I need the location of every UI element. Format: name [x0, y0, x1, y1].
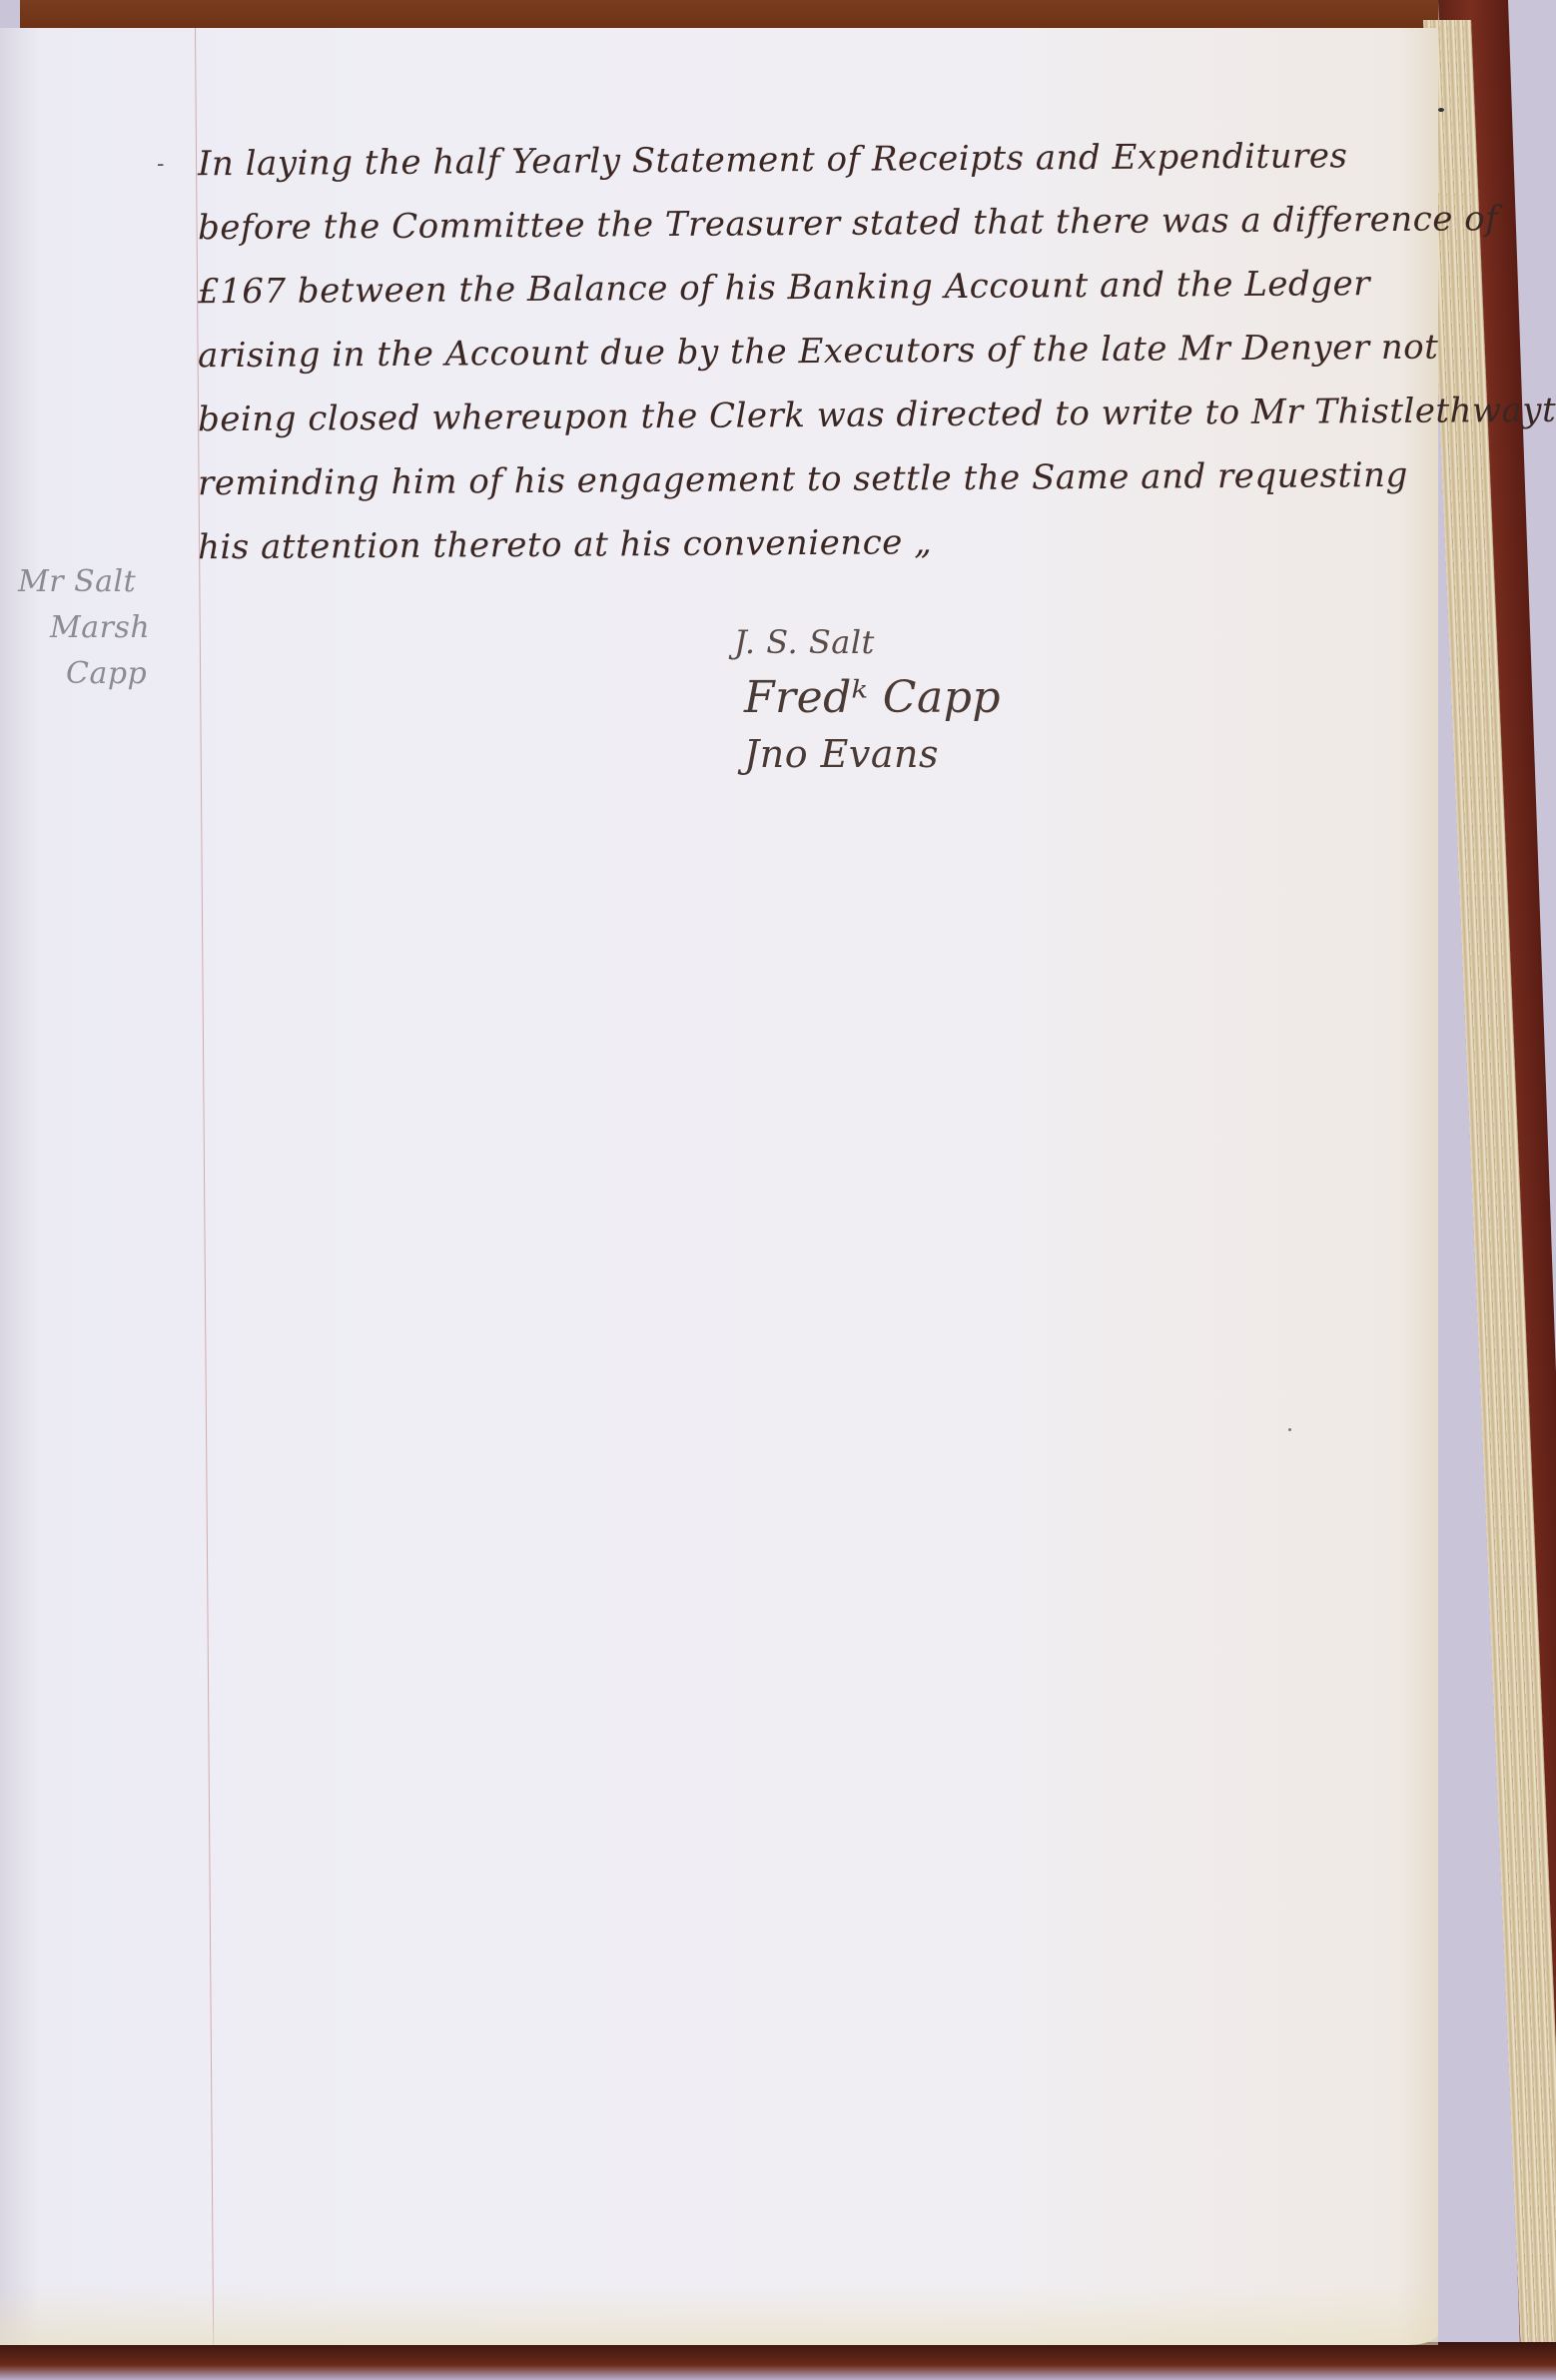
entry-line: arising in the Account due by the Execut…	[198, 316, 1426, 389]
signatures: J. S. Salt Fredᵏ Capp Jno Evans	[714, 614, 1114, 782]
book-cover-bottom	[0, 2342, 1556, 2380]
margin-note-attendance: Mr Salt Marsh Capp	[18, 559, 188, 697]
ink-mark	[1438, 108, 1444, 112]
paper-speck	[1288, 1428, 1291, 1431]
end-mark: „	[914, 522, 932, 562]
entry-line: £167 between the Balance of his Banking …	[198, 252, 1426, 325]
signature: Fredᵏ Capp	[714, 670, 1114, 726]
signature: J. S. Salt	[714, 614, 1114, 670]
entry-line: reminding him of his engagement to settl…	[198, 443, 1426, 516]
entry-line: before the Committee the Treasurer state…	[198, 188, 1426, 261]
entry-line: being closed whereupon the Clerk was dir…	[198, 380, 1426, 452]
signature: Jno Evans	[714, 726, 1114, 782]
leading-mark: -	[157, 152, 165, 177]
entry-line: his attention thereto at his convenience…	[198, 507, 1426, 580]
margin-name: Marsh	[18, 605, 188, 651]
entry-line: In laying the half Yearly Statement of R…	[198, 124, 1426, 197]
margin-name: Mr Salt	[18, 559, 188, 605]
minute-entry: In laying the half Yearly Statement of R…	[198, 128, 1426, 575]
margin-name: Capp	[18, 651, 188, 697]
entry-line-text: his attention thereto at his convenience	[198, 522, 903, 567]
